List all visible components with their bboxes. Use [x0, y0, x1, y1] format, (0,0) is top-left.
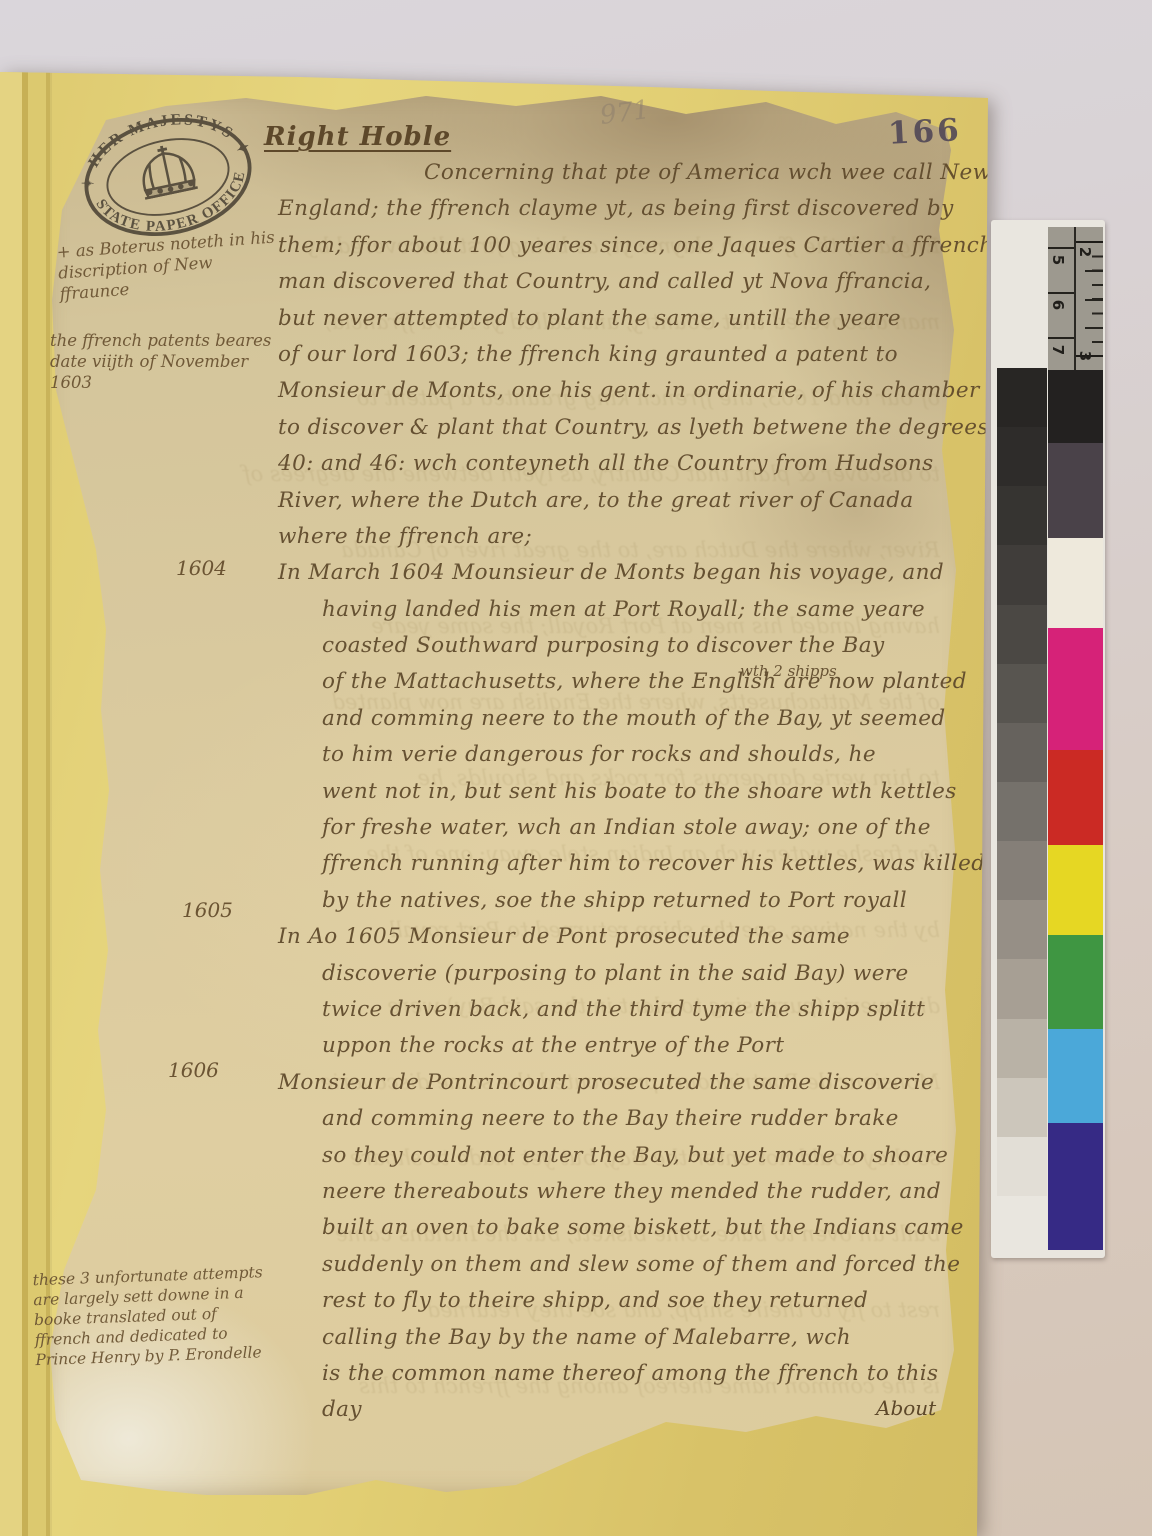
red-patch: [1048, 750, 1103, 845]
manuscript-line: went not in, but sent his boate to the s…: [322, 775, 972, 811]
manuscript-line: coasted Southward purposing to discover …: [322, 629, 972, 665]
manuscript-line: of our lord 1603; the ffrench king graun…: [278, 338, 972, 374]
manuscript-line: to discover & plant that Country, as lye…: [278, 411, 972, 447]
manuscript-line: 40: and 46: wch conteyneth all the Count…: [278, 447, 972, 483]
ruler-quarter-tick: [1085, 327, 1103, 329]
ruler-label-cm: 5: [1049, 255, 1067, 265]
grayscale-step: [997, 1137, 1047, 1196]
manuscript-line: neere thereabouts where they mended the …: [322, 1175, 972, 1211]
grayscale-step: [997, 486, 1047, 545]
grayscale-step: [997, 959, 1047, 1018]
manuscript-line: suddenly on them and slew some of them a…: [322, 1248, 972, 1284]
grayscale-step: [997, 427, 1047, 486]
manuscript-line: River, where the Dutch are, to the great…: [278, 484, 972, 520]
manuscript-line: is the common name thereof among the ffr…: [322, 1357, 972, 1393]
ruler-cm-line: [1048, 292, 1074, 294]
ruler-quarter-tick: [1085, 270, 1103, 272]
manuscript-line: by the natives, soe the shipp returned t…: [322, 884, 972, 920]
margin-note-erondelle: these 3 unfortunate attempts are largely…: [32, 1262, 275, 1370]
grayscale-step: [997, 545, 1047, 604]
manuscript-line: In March 1604 Mounsieur de Monts began h…: [278, 556, 972, 592]
grayscale-column: [997, 368, 1047, 1196]
manuscript-line: rest to fly to theire shipp, and soe the…: [322, 1284, 972, 1320]
yellow-patch: [1048, 845, 1103, 935]
yellow-guard-page: England; the ffrench clayme yt, as being…: [0, 0, 1152, 1536]
salutation: Right Hoble: [264, 122, 451, 152]
manuscript-line: and comming neere to the Bay theire rudd…: [322, 1102, 972, 1138]
grayscale-step: [997, 841, 1047, 900]
manuscript-line: man discovered that Country, and called …: [278, 265, 972, 301]
black-patch: [1048, 370, 1103, 443]
grayscale-step: [997, 1019, 1047, 1078]
ruler-cm-line: [1048, 337, 1074, 339]
margin-year-1605: 1605: [182, 898, 233, 922]
svg-text:STATE PAPER OFFICE: STATE PAPER OFFICE: [91, 166, 258, 249]
calibration-card: 5 6 7 2 3: [991, 220, 1105, 1258]
ruler-label-cm: 6: [1049, 300, 1067, 310]
manuscript-text-block: Right Hoble wth 2 shipps Concerning that…: [262, 122, 972, 1430]
dark-gray-patch: [1048, 443, 1103, 538]
blue-patch: [1048, 1123, 1103, 1250]
manuscript-line: having landed his men at Port Royall; th…: [322, 593, 972, 629]
manuscript-line: twice driven back, and the third tyme th…: [322, 993, 972, 1029]
grayscale-step: [997, 723, 1047, 782]
grayscale-step: [997, 368, 1047, 427]
manuscript-line: them; ffor about 100 yeares since, one J…: [278, 229, 972, 265]
manuscript-line: day: [322, 1393, 972, 1429]
folio-number: 166: [887, 112, 963, 152]
manuscript-line: ffrench running after him to recover his…: [322, 847, 972, 883]
grayscale-step: [997, 900, 1047, 959]
grayscale-step: [997, 782, 1047, 841]
photograph-of-manuscript: England; the ffrench clayme yt, as being…: [0, 0, 1152, 1536]
ruler: 5 6 7 2 3: [1048, 227, 1103, 370]
manuscript-line: In Ao 1605 Monsieur de Pont prosecuted t…: [278, 920, 972, 956]
ruler-label-inch: 2: [1076, 247, 1094, 257]
green-patch: [1048, 935, 1103, 1029]
margin-note-patent: the ffrench patents beares date viijth o…: [50, 330, 275, 393]
manuscript-line: for freshe water, wch an Indian stole aw…: [322, 811, 972, 847]
manuscript-line: to him verie dangerous for rocks and sho…: [322, 738, 972, 774]
pencil-number: 971: [598, 95, 651, 131]
manuscript-line: Monsieur de Pontrincourt prosecuted the …: [278, 1066, 972, 1102]
magenta-patch: [1048, 628, 1103, 750]
ruler-label-inch: 3: [1076, 351, 1094, 361]
manuscript-line: so they could not enter the Bay, but yet…: [322, 1139, 972, 1175]
manuscript-line: Concerning that pte of America wch wee c…: [424, 156, 972, 192]
crown-icon: [135, 140, 198, 198]
manuscript-line: Monsieur de Monts, one his gent. in ordi…: [278, 374, 972, 410]
manuscript-line: England; the ffrench clayme yt, as being…: [278, 192, 972, 228]
guard-page-wrap: England; the ffrench clayme yt, as being…: [0, 0, 1152, 1536]
manuscript-line: calling the Bay by the name of Malebarre…: [322, 1321, 972, 1357]
ruler-inch-line: [1076, 241, 1103, 243]
manuscript-line: and comming neere to the mouth of the Ba…: [322, 702, 972, 738]
manuscript-line: where the ffrench are;: [278, 520, 972, 556]
grayscale-step: [997, 1078, 1047, 1137]
ruler-cm-line: [1048, 247, 1074, 249]
color-column: [1048, 370, 1103, 1250]
white-patch: [1048, 538, 1103, 628]
ruler-label-cm: 7: [1049, 345, 1067, 355]
manuscript-line: but never attempted to plant the same, u…: [278, 302, 972, 338]
grayscale-step: [997, 605, 1047, 664]
stamp-bottom-text: STATE PAPER OFFICE: [91, 166, 258, 249]
cyan-patch: [1048, 1029, 1103, 1123]
ruler-quarter-tick: [1085, 299, 1103, 301]
catchword: About: [876, 1396, 936, 1420]
manuscript-line: uppon the rocks at the entrye of the Por…: [322, 1029, 972, 1065]
margin-year-1606: 1606: [168, 1058, 219, 1082]
manuscript-line: discoverie (purposing to plant in the sa…: [322, 957, 972, 993]
margin-year-1604: 1604: [176, 556, 227, 580]
manuscript-lines: Concerning that pte of America wch wee c…: [262, 156, 972, 1430]
manuscript-line: of the Mattachusetts, where the English …: [322, 665, 972, 701]
grayscale-step: [997, 664, 1047, 723]
manuscript-line: built an oven to bake some biskett, but …: [322, 1211, 972, 1247]
